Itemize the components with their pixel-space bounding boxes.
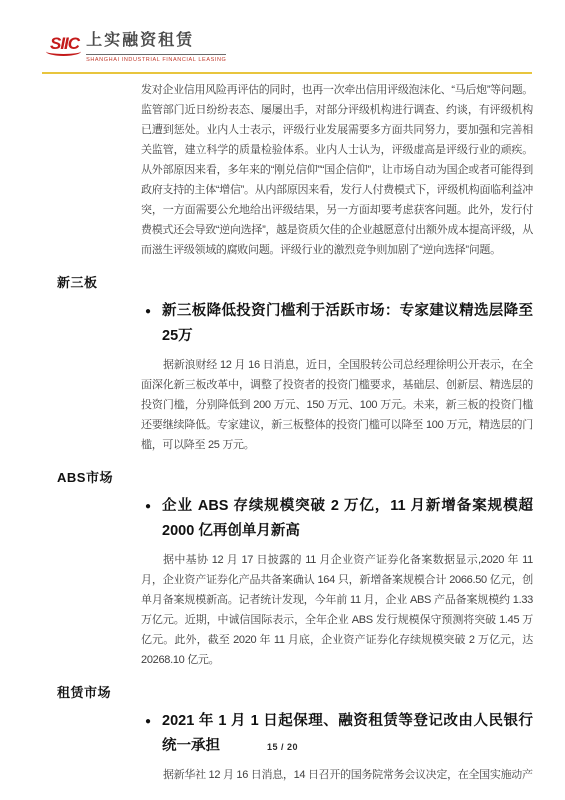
document-page: SIIC 上实融资租赁 SHANGHAI INDUSTRIAL FINANCIA… bbox=[0, 0, 565, 800]
body-abs: 据中基协 12 月 17 日披露的 11 月企业资产证券化备案数据显示,2020… bbox=[141, 550, 533, 670]
company-name-english: SHANGHAI INDUSTRIAL FINANCIAL LEASING bbox=[86, 57, 226, 63]
page-content: 发对企业信用风险再评估的同时，也再一次牵出信用评级泡沫化、“马后炮”等问题。监管… bbox=[0, 80, 565, 785]
headline-text: 新三板降低投资门槛利于活跃市场：专家建议精选层降至25万 bbox=[162, 299, 533, 349]
headline-abs: ● 企业 ABS 存续规模突破 2 万亿，11 月新增备案规模超 2000 亿再… bbox=[145, 494, 533, 544]
intro-paragraph: 发对企业信用风险再评估的同时，也再一次牵出信用评级泡沫化、“马后炮”等问题。监管… bbox=[141, 80, 533, 260]
page-header: SIIC 上实融资租赁 SHANGHAI INDUSTRIAL FINANCIA… bbox=[42, 26, 532, 74]
section-title-leasing: 租赁市场 bbox=[57, 682, 533, 701]
page-number: 15 / 20 bbox=[0, 742, 565, 752]
section-title-xinsanban: 新三板 bbox=[57, 272, 533, 291]
headline-xinsanban: ● 新三板降低投资门槛利于活跃市场：专家建议精选层降至25万 bbox=[145, 299, 533, 349]
company-name: 上实融资租赁 bbox=[86, 30, 226, 55]
body-leasing: 据新华社 12 月 16 日消息，14 日召开的国务院常务会议决定，在全国实施动… bbox=[141, 765, 533, 785]
bullet-icon: ● bbox=[145, 494, 151, 544]
body-xinsanban: 据新浪财经 12 月 16 日消息，近日，全国股转公司总经理徐明公开表示，在全面… bbox=[141, 355, 533, 455]
section-title-abs: ABS市场 bbox=[57, 467, 533, 486]
bullet-icon: ● bbox=[145, 299, 151, 349]
headline-text: 企业 ABS 存续规模突破 2 万亿，11 月新增备案规模超 2000 亿再创单… bbox=[162, 494, 533, 544]
company-logo: SIIC 上实融资租赁 SHANGHAI INDUSTRIAL FINANCIA… bbox=[50, 26, 532, 63]
siic-logo-icon: SIIC bbox=[50, 34, 79, 54]
